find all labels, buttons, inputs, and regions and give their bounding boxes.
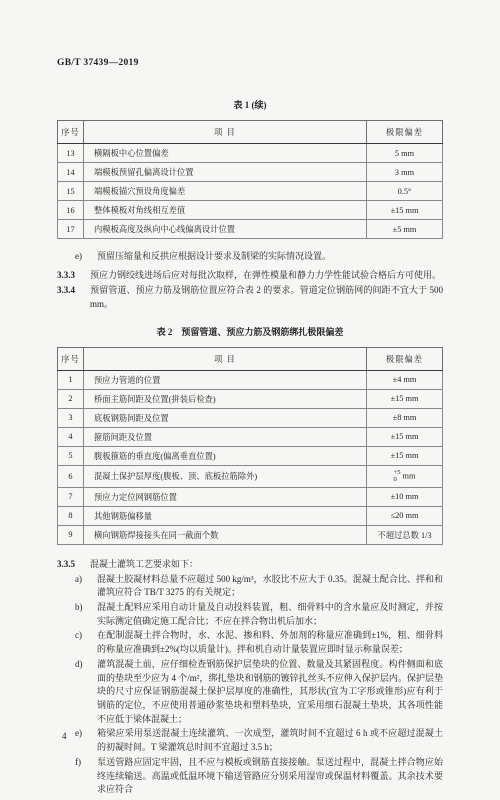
row-deviation: ±15 mm (367, 201, 443, 220)
clause-3-3-5: 3.3.5混凝土灌筑工艺要求如下： (57, 558, 443, 572)
item-text: 泵送管路应固定牢固，且不应与模板或钢筋直接接触。泵送过程中，混凝土拌合物应始终连… (97, 757, 443, 794)
document-page: GB/T 37439—2019 表 1 (续) 序号 项 目 极限偏差 13 横… (0, 0, 500, 800)
row-item: 桥面主筋间距及位置(拼装后检查) (84, 389, 367, 408)
clause-item-b: b)混凝土配料应采用自动计量及自动投料装置，粗、细骨料中的含水量应及时测定，并按… (57, 601, 443, 628)
row-deviation: ±10 mm (367, 487, 443, 506)
table-row: 3 底板钢筋间距及位置 ±8 mm (58, 408, 443, 427)
col-header-no: 序号 (58, 347, 84, 370)
table-header-row: 序号 项 目 极限偏差 (58, 347, 443, 370)
item-text: 在配制混凝土拌合物时，水、水泥、掺和料、外加剂的称量应准确到±1%，粗、细骨料的… (97, 630, 443, 654)
row-no: 15 (58, 182, 84, 201)
item-label: f) (75, 756, 97, 770)
row-item: 腹板箍筋的垂直度(偏离垂直位置) (84, 446, 367, 465)
row-item: 整体模板对角线相互差值 (84, 201, 367, 220)
clause-item-e: e)预留压缩量和反拱应根据设计要求及制梁的实际情况设置。 (57, 250, 443, 264)
row-no: 6 (58, 465, 84, 487)
table-row: 6 混凝土保护层厚度(腹板、顶、底板拉筋除外) +50mm (58, 465, 443, 487)
table-row: 7 预应力定位网钢筋位置 ±10 mm (58, 487, 443, 506)
table-row: 14 端模板预留孔偏离设计位置 3 mm (58, 163, 443, 182)
row-no: 17 (58, 220, 84, 239)
col-header-deviation: 极限偏差 (367, 121, 443, 144)
row-deviation: ±4 mm (367, 370, 443, 389)
row-item: 端模板锚穴预设角度偏差 (84, 182, 367, 201)
item-label: d) (75, 658, 97, 672)
col-header-no: 序号 (58, 121, 84, 144)
tolerance-unit: mm (403, 471, 416, 480)
row-item: 横向钢筋焊接接头在同一截面个数 (84, 525, 367, 544)
table-row: 9 横向钢筋焊接接头在同一截面个数 不超过总数 1/3 (58, 525, 443, 544)
tolerance-stack: +50 (394, 469, 401, 484)
item-text: 预留压缩量和反拱应根据设计要求及制梁的实际情况设置。 (97, 251, 331, 261)
clause-text: 预留管道、预应力筋及钢筋位置应符合表 2 的要求。管道定位钢筋网的间距不宜大于 … (90, 285, 443, 309)
row-item: 横隔板中心位置偏差 (84, 144, 367, 163)
item-text: 混凝土胶凝材料总量不应超过 500 kg/m³，水胶比不应大于 0.35。混凝土… (97, 574, 443, 598)
clause-item-e2: e)箱梁应采用泵送混凝土连续灌筑、一次成型，灌筑时间不宜超过 6 h 或不应超过… (57, 727, 443, 754)
col-header-deviation: 极限偏差 (367, 347, 443, 370)
col-header-item: 项 目 (84, 121, 367, 144)
table-header-row: 序号 项 目 极限偏差 (58, 121, 443, 144)
row-item: 箍筋间距及位置 (84, 427, 367, 446)
row-no: 1 (58, 370, 84, 389)
clause-3-3-4: 3.3.4预留管道、预应力筋及钢筋位置应符合表 2 的要求。管道定位钢筋网的间距… (57, 284, 443, 311)
row-no: 13 (58, 144, 84, 163)
row-deviation: ±5 mm (367, 220, 443, 239)
row-deviation: 0.5° (367, 182, 443, 201)
clause-item-c: c)在配制混凝土拌合物时，水、水泥、掺和料、外加剂的称量应准确到±1%，粗、细骨… (57, 629, 443, 656)
item-label: b) (75, 601, 97, 615)
row-deviation: 3 mm (367, 163, 443, 182)
row-no: 9 (58, 525, 84, 544)
row-deviation: ±15 mm (367, 446, 443, 465)
row-item: 其他钢筋偏移量 (84, 506, 367, 525)
item-label: a) (75, 573, 97, 587)
table-row: 15 端模板锚穴预设角度偏差 0.5° (58, 182, 443, 201)
row-no: 16 (58, 201, 84, 220)
clause-text: 预应力钢绞线进场后应对每批次取样，在弹性模量和静力力学性能试验合格后方可使用。 (90, 270, 441, 280)
tolerance-upper: +5 (394, 469, 401, 477)
row-item: 端模板预留孔偏离设计位置 (84, 163, 367, 182)
row-deviation: ±8 mm (367, 408, 443, 427)
row-deviation: ±15 mm (367, 389, 443, 408)
clause-item-a: a)混凝土胶凝材料总量不应超过 500 kg/m³，水胶比不应大于 0.35。混… (57, 573, 443, 600)
table-row: 16 整体模板对角线相互差值 ±15 mm (58, 201, 443, 220)
table2-limit-deviations: 序号 项 目 极限偏差 1 预应力管道的位置 ±4 mm 2 桥面主筋间距及位置… (57, 347, 443, 545)
table1-limit-deviations: 序号 项 目 极限偏差 13 横隔板中心位置偏差 5 mm 14 端模板预留孔偏… (57, 120, 443, 239)
row-no: 7 (58, 487, 84, 506)
item-label: e) (75, 727, 97, 741)
row-no: 8 (58, 506, 84, 525)
table-row: 13 横隔板中心位置偏差 5 mm (58, 144, 443, 163)
table-row: 5 腹板箍筋的垂直度(偏离垂直位置) ±15 mm (58, 446, 443, 465)
row-no: 3 (58, 408, 84, 427)
table1-caption: 表 1 (续) (57, 98, 443, 111)
table-row: 4 箍筋间距及位置 ±15 mm (58, 427, 443, 446)
clause-text: 混凝土灌筑工艺要求如下： (90, 559, 198, 569)
row-deviation: 不超过总数 1/3 (367, 525, 443, 544)
row-item: 底板钢筋间距及位置 (84, 408, 367, 427)
row-no: 2 (58, 389, 84, 408)
clause-number: 3.3.4 (57, 284, 90, 298)
table2-caption: 表 2 预留管道、预应力筋及钢筋绑扎极限偏差 (57, 325, 443, 338)
table-row: 2 桥面主筋间距及位置(拼装后检查) ±15 mm (58, 389, 443, 408)
page-number: 4 (62, 731, 67, 741)
row-item: 混凝土保护层厚度(腹板、顶、底板拉筋除外) (84, 465, 367, 487)
row-no: 5 (58, 446, 84, 465)
item-label: c) (75, 629, 97, 643)
row-item: 预应力管道的位置 (84, 370, 367, 389)
row-no: 14 (58, 163, 84, 182)
item-text: 箱梁应采用泵送混凝土连续灌筑、一次成型，灌筑时间不宜超过 6 h 或不应超过混凝… (97, 728, 443, 752)
table-row: 17 内模板高度及纵向中心线偏离设计位置 ±5 mm (58, 220, 443, 239)
row-item: 内模板高度及纵向中心线偏离设计位置 (84, 220, 367, 239)
clause-number: 3.3.5 (57, 558, 90, 572)
row-item: 预应力定位网钢筋位置 (84, 487, 367, 506)
row-deviation-tolerance: +50mm (367, 465, 443, 487)
row-deviation: ≤20 mm (367, 506, 443, 525)
row-deviation: ±15 mm (367, 427, 443, 446)
item-label: e) (75, 250, 97, 264)
clause-3-3-3: 3.3.3预应力钢绞线进场后应对每批次取样，在弹性模量和静力力学性能试验合格后方… (57, 269, 443, 283)
clause-item-d: d)灌筑混凝土前，应仔细检查钢筋保护层垫块的位置、数量及其紧固程度。构件侧面和底… (57, 658, 443, 727)
tolerance-lower: 0 (394, 476, 401, 484)
row-deviation: 5 mm (367, 144, 443, 163)
item-text: 混凝土配料应采用自动计量及自动投料装置，粗、细骨料中的含水量应及时测定，并按实际… (97, 602, 443, 626)
table-row: 8 其他钢筋偏移量 ≤20 mm (58, 506, 443, 525)
item-text: 灌筑混凝土前，应仔细检查钢筋保护层垫块的位置、数量及其紧固程度。构件侧面和底面的… (97, 659, 443, 724)
col-header-item: 项 目 (84, 347, 367, 370)
standard-number-header: GB/T 37439—2019 (57, 58, 443, 70)
clause-number: 3.3.3 (57, 269, 90, 283)
clause-item-f: f)泵送管路应固定牢固，且不应与模板或钢筋直接接触。泵送过程中，混凝土拌合物应始… (57, 756, 443, 797)
row-no: 4 (58, 427, 84, 446)
table-row: 1 预应力管道的位置 ±4 mm (58, 370, 443, 389)
